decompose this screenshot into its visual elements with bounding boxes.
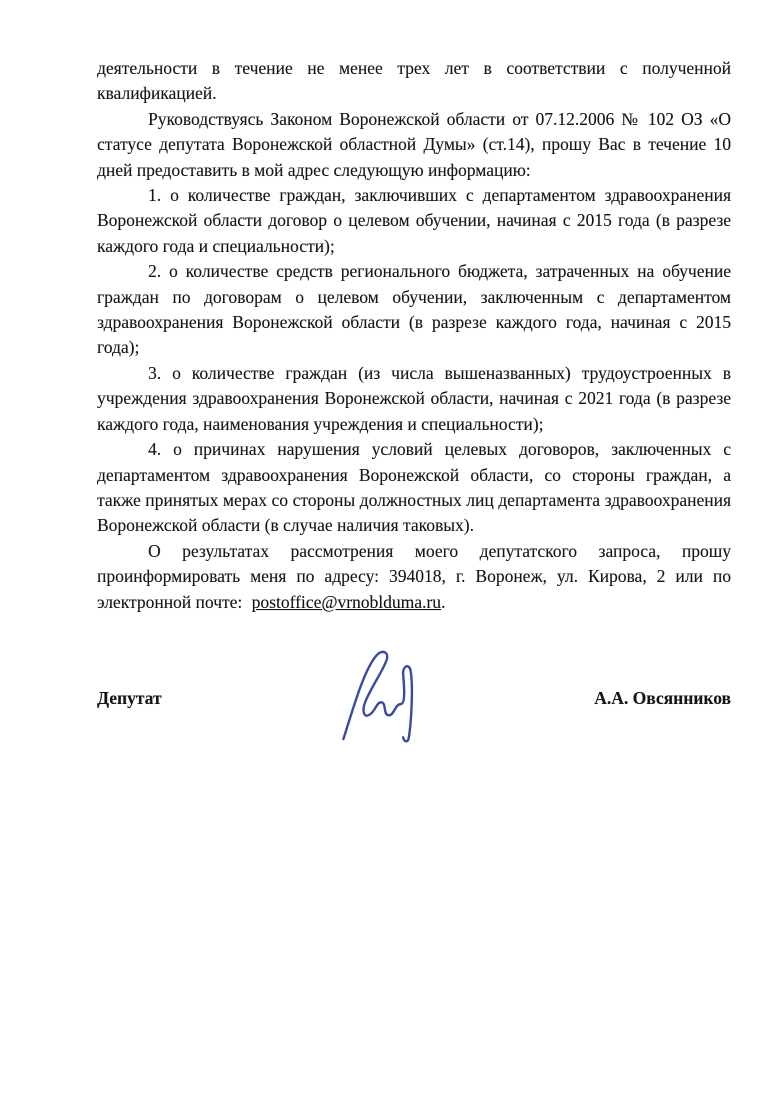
email-link[interactable]: postoffice@vrnoblduma.ru (252, 592, 441, 612)
list-item-2: 2. о количестве средств регионального бю… (97, 259, 731, 361)
paragraph-closing: О результатах рассмотрения моего депутат… (97, 539, 731, 615)
signature-stroke (343, 652, 412, 741)
list-item-3: 3. о количестве граждан (из числа вышена… (97, 361, 731, 437)
position-label: Депутат (97, 688, 162, 709)
handwritten-signature (336, 643, 428, 747)
document-page: деятельности в течение не менее трех лет… (0, 0, 773, 1097)
paragraph-continuation: деятельности в течение не менее трех лет… (97, 56, 731, 107)
letter-body: деятельности в течение не менее трех лет… (97, 56, 731, 615)
closing-period: . (441, 592, 445, 612)
signatory-name: А.А. Овсянников (594, 688, 731, 709)
paragraph-legal-basis: Руководствуясь Законом Воронежской облас… (97, 107, 731, 183)
list-item-4: 4. о причинах нарушения условий целевых … (97, 437, 731, 539)
list-item-1: 1. о количестве граждан, заключивших с д… (97, 183, 731, 259)
